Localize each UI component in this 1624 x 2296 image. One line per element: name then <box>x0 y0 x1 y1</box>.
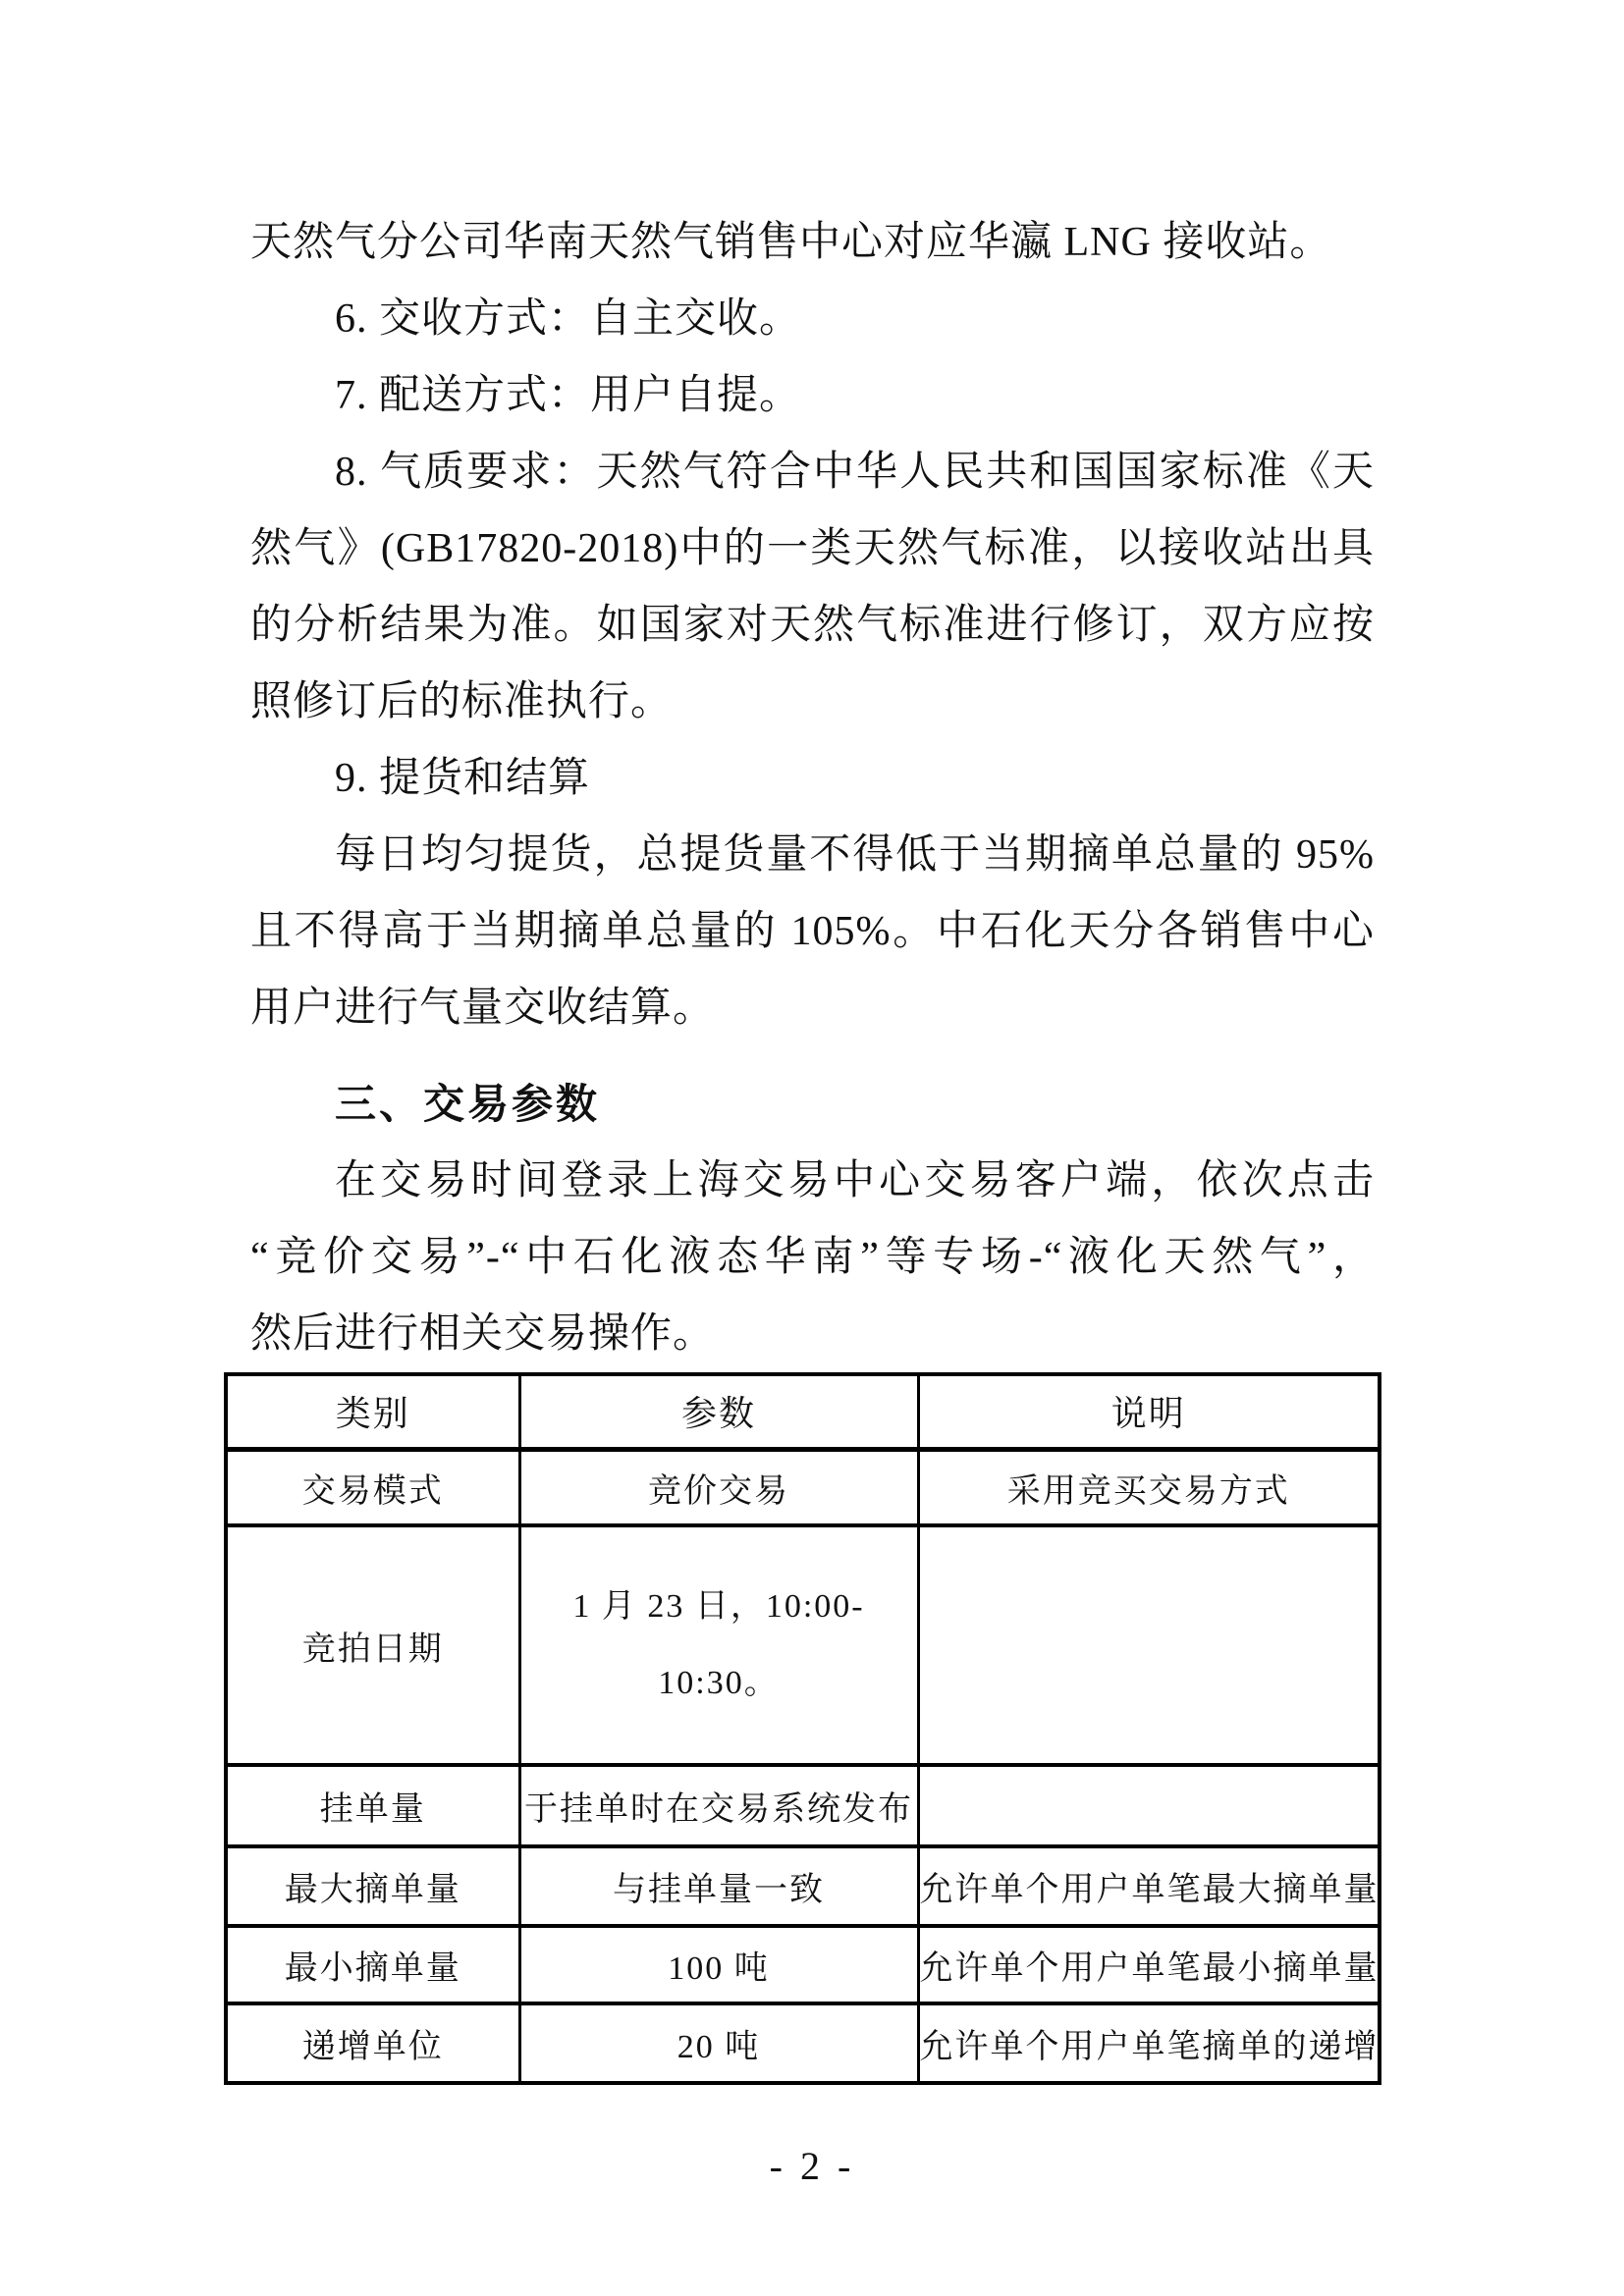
body-line: 6. 交收方式：自主交收。 <box>250 281 1375 357</box>
table-row: 竞拍日期 1 月 23 日，10:00- 10:30。 <box>226 1525 1380 1765</box>
cell-category: 竞拍日期 <box>226 1525 519 1765</box>
cell-description <box>918 1765 1380 1846</box>
cell-description: 允许单个用户单笔最小摘单量。 <box>918 1926 1380 2003</box>
body-line: 8. 气质要求：天然气符合中华人民共和国国家标准《天 <box>250 434 1375 510</box>
body-line: 然后进行相关交易操作。 <box>250 1296 1375 1372</box>
parameter-line: 1 月 23 日，10:00- <box>521 1569 917 1645</box>
parameter-line: 10:30。 <box>521 1645 917 1722</box>
page-number: - 2 - <box>0 2128 1624 2205</box>
cell-category: 交易模式 <box>226 1449 519 1525</box>
body-text: 天然气分公司华南天然气销售中心对应华瀛 LNG 接收站。 6. 交收方式：自主交… <box>250 204 1375 2085</box>
table-header-row: 类别 参数 说明 <box>226 1374 1380 1449</box>
document-page: 天然气分公司华南天然气销售中心对应华瀛 LNG 接收站。 6. 交收方式：自主交… <box>0 0 1624 2296</box>
table-row: 交易模式 竞价交易 采用竞买交易方式 <box>226 1449 1380 1525</box>
cell-description: 允许单个用户单笔摘单的递增 <box>918 2003 1380 2083</box>
section-heading: 三、交易参数 <box>250 1066 1375 1143</box>
table-row: 挂单量 于挂单时在交易系统发布 <box>226 1765 1380 1846</box>
cell-category: 挂单量 <box>226 1765 519 1846</box>
header-cell-category: 类别 <box>226 1374 519 1449</box>
cell-category: 最小摘单量 <box>226 1926 519 2003</box>
body-line: “竞价交易”-“中石化液态华南”等专场-“液化天然气”， <box>250 1219 1375 1296</box>
header-cell-parameter: 参数 <box>519 1374 918 1449</box>
table-row: 最大摘单量 与挂单量一致 允许单个用户单笔最大摘单量。 <box>226 1846 1380 1926</box>
cell-parameter: 100 吨 <box>519 1926 918 2003</box>
body-line: 然气》(GB17820-2018)中的一类天然气标准，以接收站出具 <box>250 510 1375 587</box>
body-line: 用户进行气量交收结算。 <box>250 970 1375 1046</box>
header-cell-description: 说明 <box>918 1374 1380 1449</box>
body-line: 9. 提货和结算 <box>250 740 1375 817</box>
cell-parameter: 于挂单时在交易系统发布 <box>519 1765 918 1846</box>
body-line: 7. 配送方式：用户自提。 <box>250 357 1375 434</box>
cell-parameter: 与挂单量一致 <box>519 1846 918 1926</box>
cell-parameter: 20 吨 <box>519 2003 918 2083</box>
body-line: 每日均匀提货，总提货量不得低于当期摘单总量的 95% <box>250 817 1375 893</box>
table-row: 递增单位 20 吨 允许单个用户单笔摘单的递增 <box>226 2003 1380 2083</box>
cell-description <box>918 1525 1380 1765</box>
params-table: 类别 参数 说明 交易模式 竞价交易 采用竞买交易方式 竞拍日期 1 月 23 … <box>224 1372 1381 2085</box>
body-line: 在交易时间登录上海交易中心交易客户端，依次点击 <box>250 1143 1375 1219</box>
body-line: 照修订后的标准执行。 <box>250 664 1375 740</box>
cell-category: 递增单位 <box>226 2003 519 2083</box>
body-line: 的分析结果为准。如国家对天然气标准进行修订，双方应按 <box>250 587 1375 664</box>
body-line: 且不得高于当期摘单总量的 105%。中石化天分各销售中心与 <box>250 893 1375 970</box>
cell-description: 允许单个用户单笔最大摘单量。 <box>918 1846 1380 1926</box>
cell-description: 采用竞买交易方式 <box>918 1449 1380 1525</box>
cell-parameter: 1 月 23 日，10:00- 10:30。 <box>519 1525 918 1765</box>
table-row: 最小摘单量 100 吨 允许单个用户单笔最小摘单量。 <box>226 1926 1380 2003</box>
cell-parameter: 竞价交易 <box>519 1449 918 1525</box>
body-line: 天然气分公司华南天然气销售中心对应华瀛 LNG 接收站。 <box>250 204 1375 281</box>
cell-category: 最大摘单量 <box>226 1846 519 1926</box>
